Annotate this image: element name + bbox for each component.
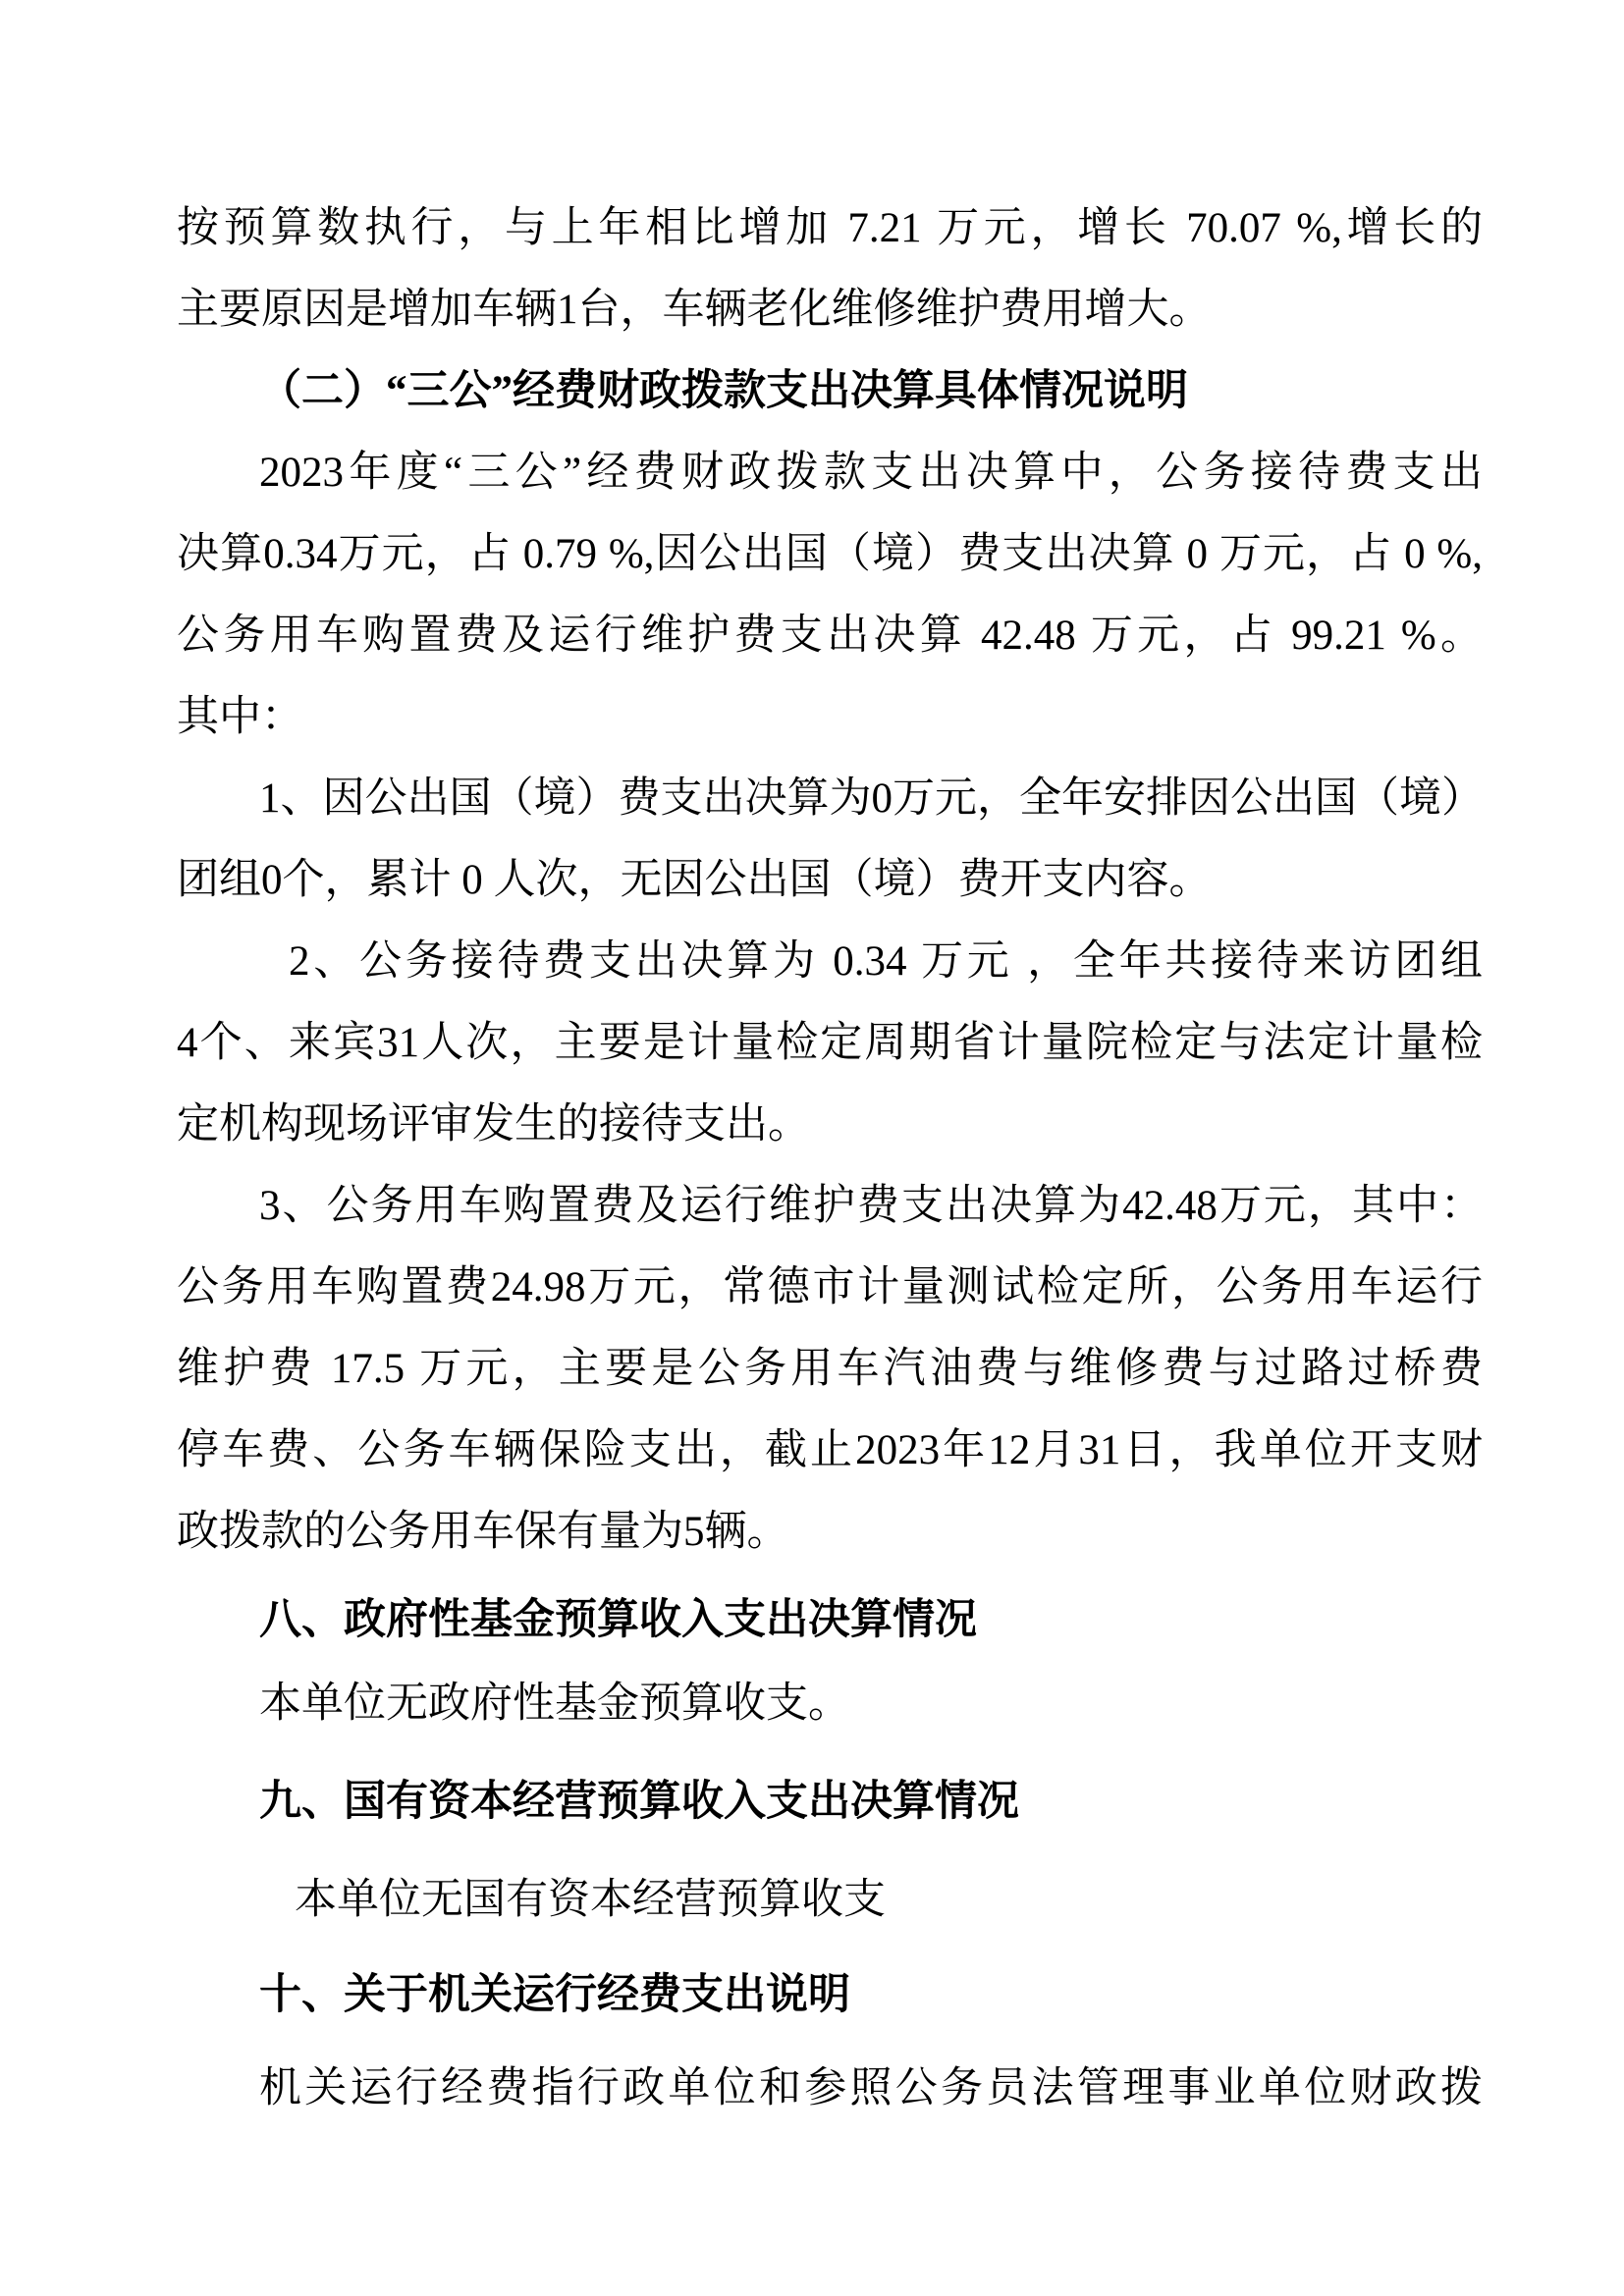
list-item-2-line: 2、公务接待费支出决算为 0.34 万元 ，全年共接待来访团组 bbox=[177, 921, 1483, 1002]
list-item-3-line: 停车费、公务车辆保险支出，截止2023年12月31日，我单位开支财 bbox=[177, 1410, 1483, 1491]
list-item-3-line: 政拨款的公务用车保有量为5辆。 bbox=[177, 1491, 1483, 1573]
body-line: 机关运行经费指行政单位和参照公务员法管理事业单位财政拨 bbox=[177, 2048, 1483, 2129]
body-line: 主要原因是增加车辆1台，车辆老化维修维护费用增大。 bbox=[177, 269, 1483, 350]
body-line: 本单位无国有资本经营预算收支 bbox=[177, 1859, 1483, 1941]
body-line: 决算0.34万元，占 0.79 %,因公出国（境）费支出决算 0 万元，占 0 … bbox=[177, 513, 1483, 595]
body-line: 2023年度“三公”经费财政拨款支出决算中，公务接待费支出 bbox=[177, 432, 1483, 513]
list-item-3-line: 公务用车购置费24.98万元，常德市计量测试检定所，公务用车运行 bbox=[177, 1247, 1483, 1328]
list-item-2-line: 4个、来宾31人次，主要是计量检定周期省计量院检定与法定计量检 bbox=[177, 1002, 1483, 1084]
body-line: 公务用车购置费及运行维护费支出决算 42.48 万元，占 99.21 %。 bbox=[177, 595, 1483, 676]
list-item-1-line: 团组0个，累计 0 人次，无因公出国（境）费开支内容。 bbox=[177, 839, 1483, 921]
section-heading-8: 八、政府性基金预算收入支出决算情况 bbox=[177, 1579, 1483, 1661]
section-heading-9: 九、国有资本经营预算收入支出决算情况 bbox=[177, 1761, 1483, 1842]
list-item-3-line: 3、公务用车购置费及运行维护费支出决算为42.48万元，其中： bbox=[177, 1165, 1483, 1247]
body-line: 按预算数执行，与上年相比增加 7.21 万元，增长 70.07 %,增长的 bbox=[177, 187, 1483, 269]
body-line: 本单位无政府性基金预算收支。 bbox=[177, 1663, 1483, 1744]
section-heading-10: 十、关于机关运行经费支出说明 bbox=[177, 1954, 1483, 2036]
subsection-heading-sangong: （二）“三公”经费财政拨款支出决算具体情况说明 bbox=[177, 350, 1483, 432]
list-item-1-line: 1、因公出国（境）费支出决算为0万元，全年安排因公出国（境） bbox=[177, 758, 1483, 839]
body-line: 其中： bbox=[177, 676, 1483, 758]
document-page: 按预算数执行，与上年相比增加 7.21 万元，增长 70.07 %,增长的 主要… bbox=[0, 0, 1624, 2296]
list-item-3-line: 维护费 17.5 万元，主要是公务用车汽油费与维修费与过路过桥费 bbox=[177, 1328, 1483, 1410]
document-content: 按预算数执行，与上年相比增加 7.21 万元，增长 70.07 %,增长的 主要… bbox=[177, 187, 1483, 2129]
list-item-2-line: 定机构现场评审发生的接待支出。 bbox=[177, 1084, 1483, 1165]
